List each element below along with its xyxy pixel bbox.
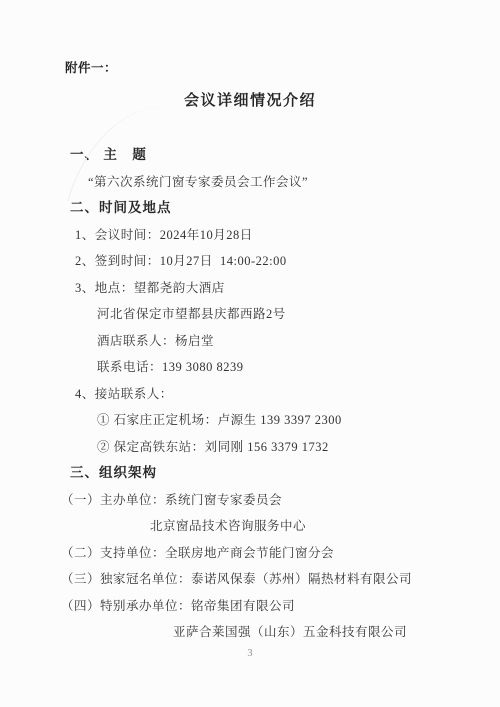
document-title: 会议详细情况介绍 [0,88,500,115]
org-item-title-sponsor: （三）独家冠名单位：泰诺风保泰（苏州）隔热材料有限公司 [61,566,500,593]
org-item-host: （一）主办单位：系统门窗专家委员会 [61,487,500,514]
org-item-support: （二）支持单位：全联房地产商会节能门窗分会 [61,540,500,567]
section-org-heading: 三、组织架构 [70,460,500,487]
section-time-place-heading: 二、时间及地点 [70,195,500,222]
org-item-special-organizer: （四）特别承办单位：铭帝集团有限公司 [61,593,500,620]
venue-address: 河北省保定市望都县庆都西路2号 [97,301,500,328]
list-item-pickup-contacts: 4、接站联系人： [75,381,500,408]
document-page: 附件一： 会议详细情况介绍 一、 主 题 “第六次系统门窗专家委员会工作会议” … [0,0,500,707]
section-theme-heading: 一、 主 题 [70,142,500,169]
pickup-contact-airport: ① 石家庄正定机场：卢源生 139 3397 2300 [97,407,500,434]
attachment-label: 附件一： [65,55,500,82]
list-item-meeting-time: 1、会议时间：2024年10月28日 [75,222,500,249]
org-item-special-organizer-second-line: 亚萨合莱国强（山东）五金科技有限公司 [173,619,500,646]
list-item-checkin-time: 2、签到时间：10月27日 14:00-22:00 [75,248,500,275]
meeting-name-quote: “第六次系统门窗专家委员会工作会议” [88,169,500,196]
org-item-host-second-line: 北京窗品技术咨询服务中心 [150,513,500,540]
page-number: 3 [0,648,500,659]
list-item-venue: 3、地点：望都尧韵大酒店 [75,275,500,302]
pickup-contact-station: ② 保定高铁东站：刘同刚 156 3379 1732 [97,434,500,461]
hotel-contact-phone: 联系电话：139 3080 8239 [97,354,500,381]
hotel-contact-person: 酒店联系人：杨启堂 [97,328,500,355]
